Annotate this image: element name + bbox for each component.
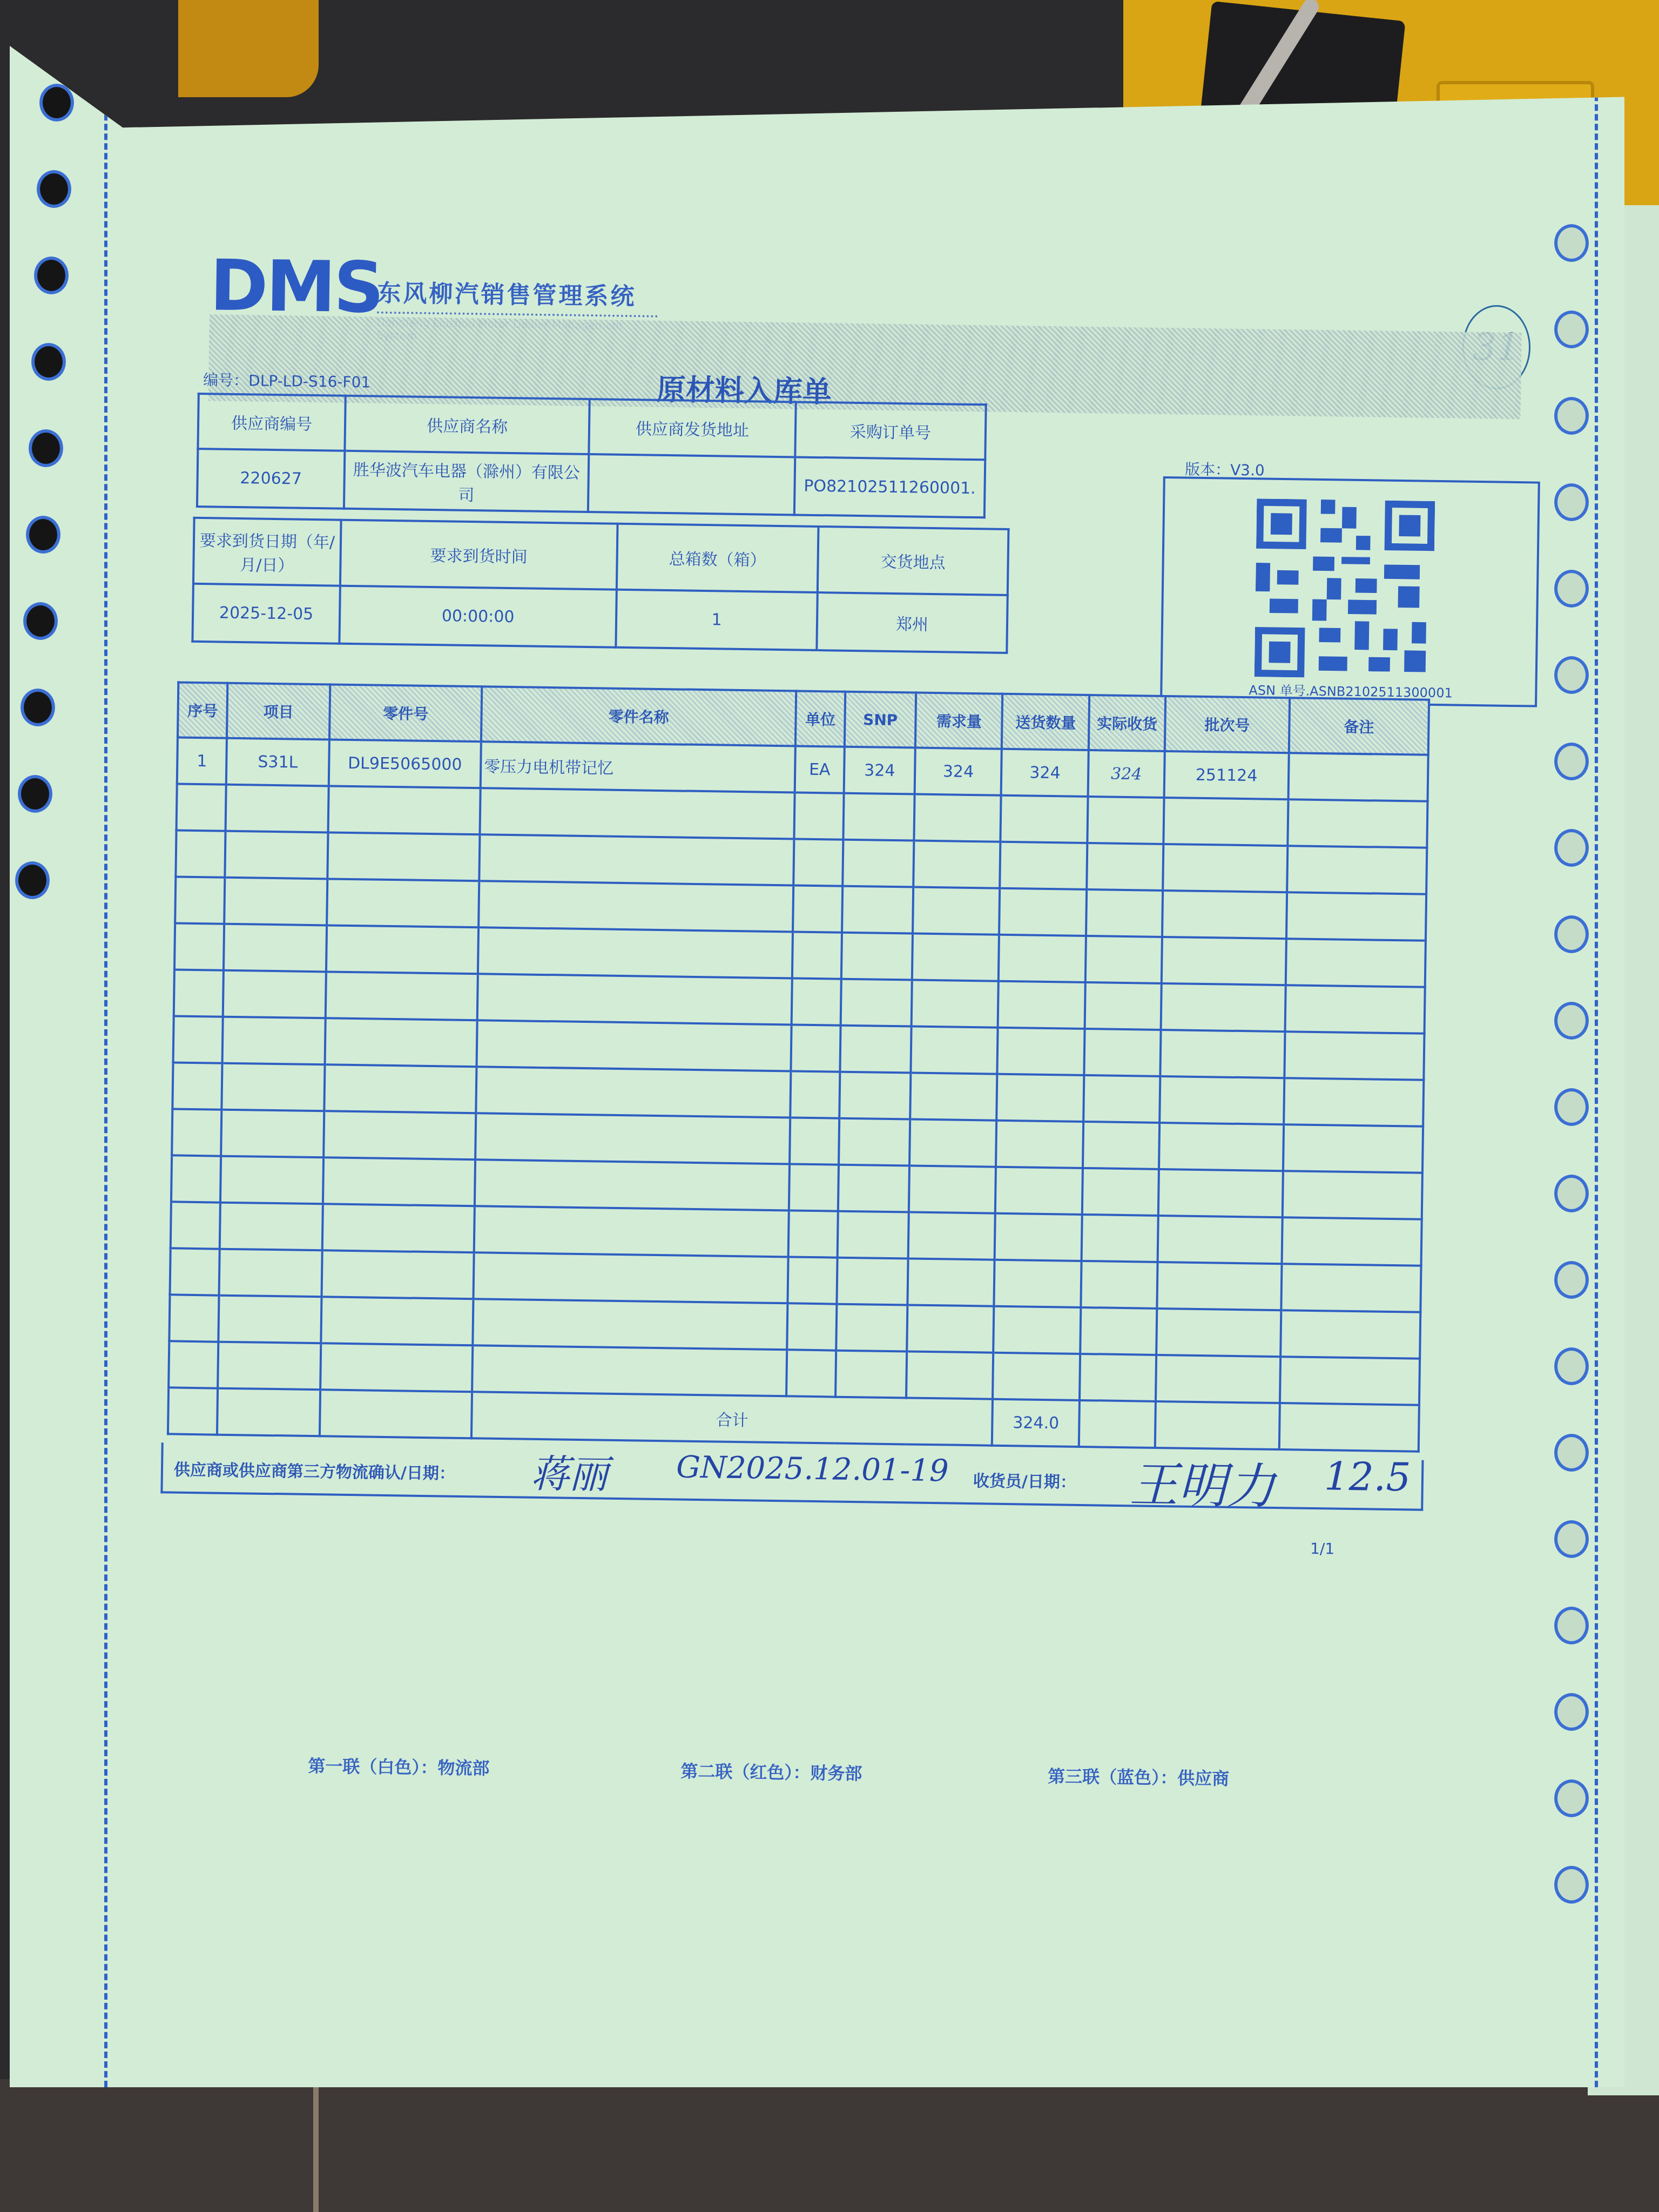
header-supplier-code: 供应商编号	[198, 394, 345, 451]
cell-part-number: DL9E5065000	[329, 739, 481, 788]
col-unit: 单位	[795, 691, 846, 746]
tractor-hole	[1554, 1347, 1589, 1385]
required-time: 00:00:00	[339, 586, 616, 648]
tractor-hole	[1554, 397, 1589, 435]
tractor-hole	[23, 602, 58, 640]
cell-unit: EA	[795, 746, 845, 793]
receiver-label: 收货员/日期：	[973, 1467, 1077, 1493]
tractor-hole	[1554, 1779, 1589, 1817]
supplier-name: 胜华波汽车电器（滁州）有限公司	[344, 451, 589, 512]
floor	[0, 2079, 1659, 2212]
asn-qr-box: ASN 单号.ASNB2102511300001	[1160, 476, 1540, 707]
cell-batch-number: 251124	[1164, 751, 1289, 799]
form-code-label: 编号：	[203, 371, 248, 389]
header-total-boxes: 总箱数（箱）	[617, 524, 819, 592]
header-required-time: 要求到货时间	[340, 520, 618, 590]
tractor-hole	[34, 257, 69, 294]
cable	[313, 2085, 319, 2212]
page-number: 1/1	[1310, 1540, 1335, 1558]
supplier-address	[588, 454, 795, 515]
right-perforation-line	[1595, 46, 1598, 2087]
copy-1-label: 第一联（白色）：物流部	[308, 1752, 490, 1780]
receiver-sign-date: 12.5	[1324, 1453, 1411, 1500]
cell-delivered-qty: 324	[1001, 749, 1089, 797]
supplier-sign-date: GN2025.12.01-19	[676, 1449, 949, 1488]
background-object	[178, 0, 319, 97]
tractor-hole	[31, 343, 66, 381]
form-code-value: DLP-LD-S16-F01	[248, 372, 370, 391]
left-perforation-line	[104, 46, 107, 2087]
tractor-hole	[1554, 743, 1589, 780]
col-delivered-qty: 送货数量	[1002, 694, 1089, 750]
cell-part-name: 零压力电机带记忆	[481, 741, 795, 792]
cell-remarks	[1289, 753, 1428, 801]
copy-2-label: 第二联（红色）：财务部	[680, 1758, 862, 1785]
tractor-hole	[1554, 1175, 1589, 1212]
tractor-hole	[1554, 483, 1589, 521]
col-project: 项目	[227, 683, 330, 740]
header-delivery-location: 交货地点	[818, 527, 1009, 595]
col-remarks: 备注	[1289, 698, 1429, 755]
tractor-hole	[1554, 1693, 1589, 1731]
tractor-hole	[18, 775, 52, 813]
total-label: 合计	[471, 1392, 993, 1445]
header-po-number: 采购订单号	[795, 402, 986, 460]
tractor-hole	[1554, 1088, 1589, 1126]
tractor-hole	[1554, 1434, 1589, 1472]
col-part-number: 零件号	[329, 684, 482, 741]
receipt-form: DMS 东风柳汽销售管理系统 Dongfeng Liuzhou Motor De…	[106, 232, 1474, 1574]
tractor-hole	[1554, 1866, 1589, 1904]
version-label: 版本：	[1185, 460, 1230, 478]
total-boxes: 1	[616, 590, 817, 650]
qr-code-icon	[1255, 498, 1435, 679]
tractor-hole	[1554, 1607, 1589, 1644]
cell-demand-qty: 324	[915, 748, 1002, 795]
tractor-hole	[1554, 656, 1589, 694]
cell-project: S31L	[226, 738, 329, 786]
col-demand-qty: 需求量	[915, 693, 1003, 749]
header-supplier-address: 供应商发货地址	[589, 399, 795, 457]
tractor-hole	[15, 861, 50, 899]
header-supplier-name: 供应商名称	[345, 396, 589, 454]
supplier-table: 供应商编号 供应商名称 供应商发货地址 采购订单号 220627 胜华波汽车电器…	[196, 393, 987, 518]
supplier-signature: 蒋丽	[530, 1442, 608, 1500]
tractor-hole	[1554, 224, 1589, 262]
delivery-location: 郑州	[817, 592, 1007, 653]
copy-3-label: 第三联（蓝色）：供应商	[1048, 1763, 1230, 1790]
form-code: 编号：DLP-LD-S16-F01	[203, 368, 371, 392]
col-actual-received: 实际收货	[1089, 695, 1165, 751]
supplier-confirm-label: 供应商或供应商第三方物流确认/日期：	[174, 1456, 456, 1484]
col-snp: SNP	[845, 692, 916, 748]
tractor-hole	[1554, 311, 1589, 348]
tractor-hole	[39, 84, 74, 122]
cell-actual-received-handwritten: 324	[1088, 750, 1165, 798]
tractor-hole	[1554, 570, 1589, 608]
col-batch-number: 批次号	[1165, 696, 1290, 753]
po-number: PO82102511260001.	[794, 457, 985, 517]
tractor-hole	[26, 516, 60, 554]
tractor-hole	[37, 170, 71, 208]
cell-seq: 1	[177, 737, 227, 784]
system-name: 东风柳汽销售管理系统	[377, 274, 637, 312]
signature-row: 供应商或供应商第三方物流确认/日期： 蒋丽 GN2025.12.01-19 收货…	[160, 1442, 1424, 1511]
receiver-signature: 王明力	[1129, 1445, 1276, 1518]
supplier-code: 220627	[197, 449, 345, 509]
cell-snp: 324	[844, 747, 915, 794]
delivery-table: 要求到货日期（年/月/日） 要求到货时间 总箱数（箱） 交货地点 2025-12…	[191, 517, 1009, 654]
tractor-hole	[1554, 1002, 1589, 1040]
total-value: 324.0	[992, 1399, 1080, 1447]
col-seq: 序号	[178, 682, 227, 738]
tractor-hole	[1554, 1520, 1589, 1558]
required-date: 2025-12-05	[192, 584, 340, 644]
tractor-hole	[1554, 915, 1589, 953]
col-part-name: 零件名称	[481, 686, 796, 746]
tractor-hole	[1554, 829, 1589, 867]
tractor-hole	[21, 689, 55, 726]
version-value: V3.0	[1230, 461, 1265, 480]
header-required-date: 要求到货日期（年/月/日）	[193, 518, 341, 586]
tractor-hole	[1554, 1261, 1589, 1299]
tractor-hole	[29, 429, 63, 467]
items-table: 序号 项目 零件号 零件名称 单位 SNP 需求量 送货数量 实际收货 批次号 …	[167, 681, 1430, 1452]
